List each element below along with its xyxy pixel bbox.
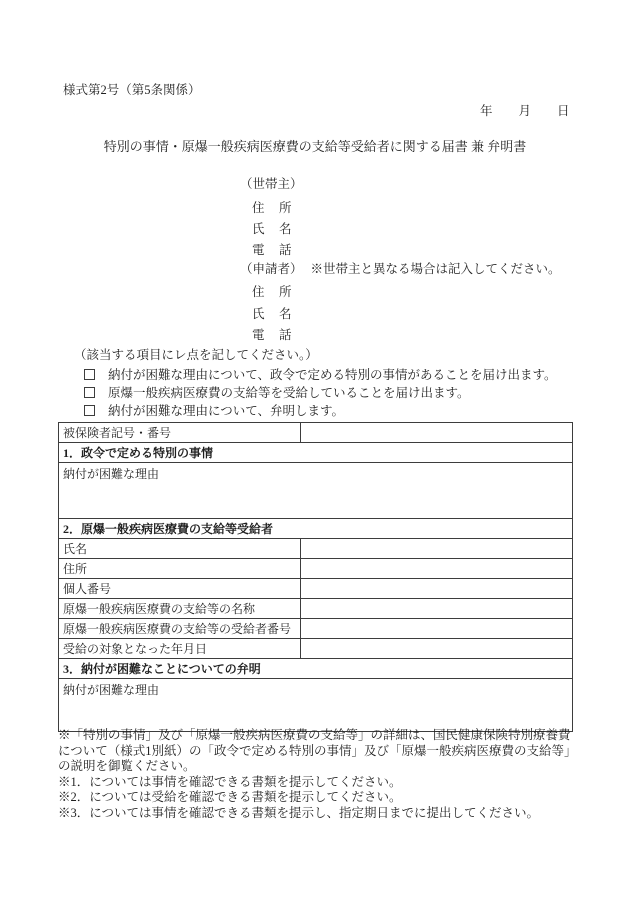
section1-reason-cell[interactable]: 納付が困難な理由 [59,463,573,519]
row-label: 氏名 [59,539,301,559]
household-head-label: （世帯主） [240,174,303,192]
applicant-note: ※世帯主と異なる場合は記入してください。 [311,262,561,276]
checkbox-item-special-circumstances: 納付が困難な理由について、政令で定める特別の事情があることを届け出ます。 [84,365,557,383]
note-line-1: ※1．については事情を確認できる書類を提示してください。 [58,775,574,791]
row-input-cell[interactable] [301,619,573,639]
section2-header: 2．原爆一般疾病医療費の支給等受給者 [59,519,573,539]
year-label: 年 [480,101,493,119]
applicant-label: （申請者）※世帯主と異なる場合は記入してください。 [240,259,561,277]
row-input-cell[interactable] [301,539,573,559]
section3-reason-cell[interactable]: 納付が困難な理由 [59,679,573,732]
section3-header-row: 3．納付が困難なことについての弁明 [59,659,573,679]
row-label: 住所 [59,559,301,579]
form-number: 様式第2号（第5条関係） [63,80,201,98]
row-label: 受給の対象となった年月日 [59,639,301,659]
household-name-label: 氏 名 [252,219,293,237]
row-input-cell[interactable] [301,639,573,659]
checkbox-item-label: 原爆一般疾病医療費の支給等を受給していることを届け出ます。 [108,383,470,401]
checkbox-item-explanation: 納付が困難な理由について、弁明します。 [84,401,344,419]
month-label: 月 [519,101,532,119]
section1-header: 1．政令で定める特別の事情 [59,443,573,463]
section1-reason-row: 納付が困難な理由 [59,463,573,519]
row-label: 原爆一般疾病医療費の支給等の名称 [59,599,301,619]
table-row-benefit-name: 原爆一般疾病医療費の支給等の名称 [59,599,573,619]
note-line-2: ※2．については受給を確認できる書類を提示してください。 [58,790,574,806]
form-title: 特別の事情・原爆一般疾病医療費の支給等受給者に関する届書 兼 弁明書 [0,136,630,155]
applicant-address-label: 住 所 [252,282,293,300]
checkbox-item-label: 納付が困難な理由について、弁明します。 [108,401,344,419]
section2-header-row: 2．原爆一般疾病医療費の支給等受給者 [59,519,573,539]
footer-notes: ※「特別の事情」及び「原爆一般疾病医療費の支給等」の詳細は、国民健康保険特別療養… [58,728,574,821]
checkbox-item-abomb-medical-benefit: 原爆一般疾病医療費の支給等を受給していることを届け出ます。 [84,383,470,401]
household-phone-label: 電 話 [252,240,293,258]
table-row-name: 氏名 [59,539,573,559]
checkbox-item-label: 納付が困難な理由について、政令で定める特別の事情があることを届け出ます。 [108,365,557,383]
row-label: 原爆一般疾病医療費の支給等の受給者番号 [59,619,301,639]
section1-header-row: 1．政令で定める特別の事情 [59,443,573,463]
checkbox-icon[interactable] [84,405,95,416]
row-label: 個人番号 [59,579,301,599]
household-address-label: 住 所 [252,198,293,216]
row-input-cell[interactable] [301,579,573,599]
table-row-benefit-date: 受給の対象となった年月日 [59,639,573,659]
row-input-cell[interactable] [301,559,573,579]
section3-reason-row: 納付が困難な理由 [59,679,573,732]
table-row-recipient-number: 原爆一般疾病医療費の支給等の受給者番号 [59,619,573,639]
note-line-details: ※「特別の事情」及び「原爆一般疾病医療費の支給等」の詳細は、国民健康保険特別療養… [58,728,574,775]
table-row-personal-number: 個人番号 [59,579,573,599]
section3-header: 3．納付が困難なことについての弁明 [59,659,573,679]
insured-number-label: 被保険者記号・番号 [59,423,301,443]
checkbox-icon[interactable] [84,387,95,398]
insured-number-input-cell[interactable] [301,423,573,443]
table-row-address: 住所 [59,559,573,579]
applicant-name-label: 氏 名 [252,304,293,322]
row-input-cell[interactable] [301,599,573,619]
checklist-instruction: （該当する項目にレ点を記してください。） [74,345,318,363]
date-line: 年 月 日 [480,101,570,119]
insured-number-row: 被保険者記号・番号 [59,423,573,443]
day-label: 日 [557,101,570,119]
applicant-phone-label: 電 話 [252,325,293,343]
note-line-3: ※3．については事情を確認できる書類を提示し、指定期日までに提出してください。 [58,806,574,822]
checkbox-icon[interactable] [84,369,95,380]
form-table: 被保険者記号・番号 1．政令で定める特別の事情 納付が困難な理由 2．原爆一般疾… [58,422,573,732]
